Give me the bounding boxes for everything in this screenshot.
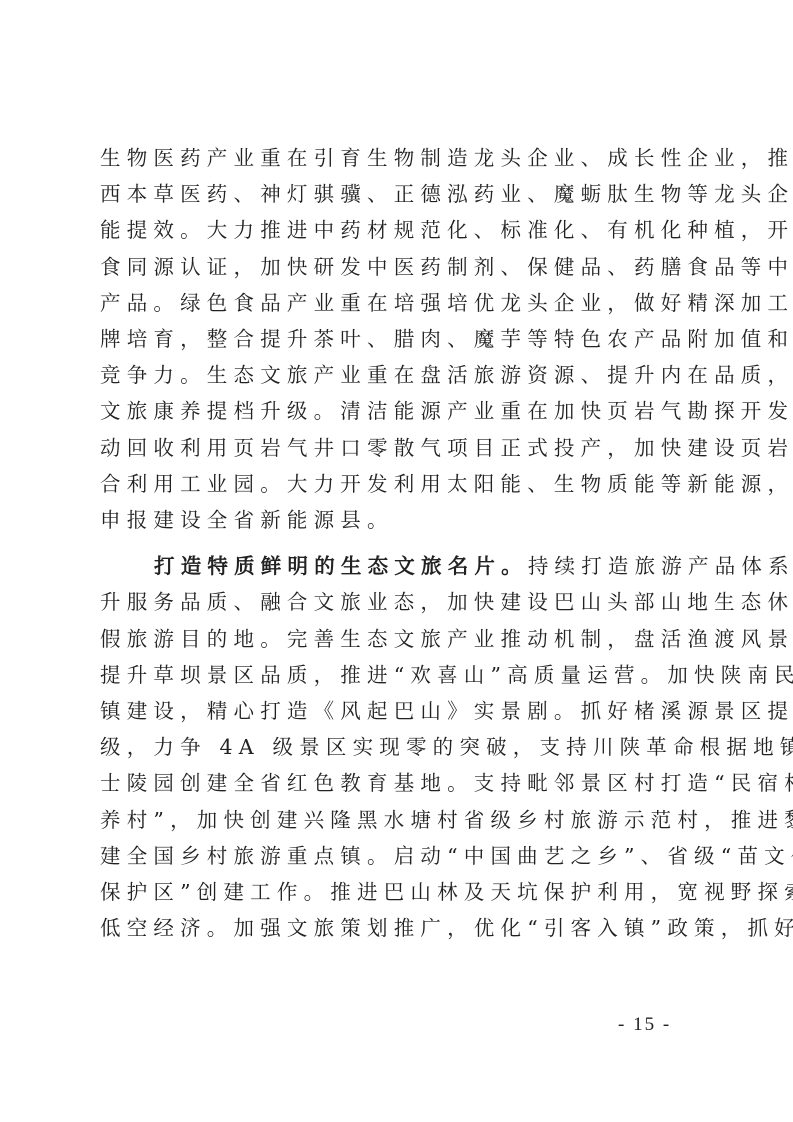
- text-line: 低空经济。加强文旅策划推广，优化“引客入镇”政策，抓好油菜: [100, 910, 694, 946]
- text-line: 申报建设全省新能源县。: [100, 502, 694, 538]
- text-line: 养村”，加快创建兴隆黑水塘村省级乡村旅游示范村，推进黎坝创: [100, 802, 694, 838]
- text-line: 西本草医药、神灯骐骥、正德泓药业、魔蛎肽生物等龙头企业扩: [100, 176, 694, 212]
- text-line: 牌培育，整合提升茶叶、腊肉、魔芋等特色农产品附加值和市场: [100, 321, 694, 357]
- paragraph-industries: 生物医药产业重在引育生物制造龙头企业、成长性企业，推动陕 西本草医药、神灯骐骥、…: [100, 140, 694, 538]
- text-line: 保护区”创建工作。推进巴山林及天坑保护利用，宽视野探索发展: [100, 874, 694, 910]
- text-line: 食同源认证，加快研发中医药制剂、保健品、药膳食品等中高端: [100, 249, 694, 285]
- text-line: 镇建设，精心打造《风起巴山》实景剧。抓好楮溪源景区提档升: [100, 693, 694, 729]
- text-line: 假旅游目的地。完善生态文旅产业推动机制，盘活渔渡风景区，: [100, 621, 694, 657]
- text-line: 文旅康养提档升级。清洁能源产业重在加快页岩气勘探开发，推: [100, 393, 694, 429]
- text-line: 动回收利用页岩气井口零散气项目正式投产，加快建设页岩气综: [100, 430, 694, 466]
- document-page: 生物医药产业重在引育生物制造龙头企业、成长性企业，推动陕 西本草医药、神灯骐骥、…: [0, 0, 793, 1122]
- text-line-first: 打造特质鲜明的生态文旅名片。持续打造旅游产品体系、提: [100, 548, 694, 584]
- text-line: 士陵园创建全省红色教育基地。支持毗邻景区村打造“民宿村”“康: [100, 765, 694, 801]
- paragraph-cultural-tourism: 打造特质鲜明的生态文旅名片。持续打造旅游产品体系、提 升服务品质、融合文旅业态，…: [100, 548, 694, 946]
- text-line: 竞争力。生态文旅产业重在盘活旅游资源、提升内在品质，推动: [100, 357, 694, 393]
- text-line: 产品。绿色食品产业重在培强培优龙头企业，做好精深加工和品: [100, 285, 694, 321]
- text-line: 建全国乡村旅游重点镇。启动“中国曲艺之乡”、省级“苗文化生态: [100, 838, 694, 874]
- text-line: 合利用工业园。大力开发利用太阳能、生物质能等新能源，积极: [100, 466, 694, 502]
- heading-continuation: 持续打造旅游产品体系、提: [528, 554, 793, 578]
- section-heading: 打造特质鲜明的生态文旅名片。: [154, 554, 528, 578]
- text-line: 级，力争 4A 级景区实现零的突破，支持川陕革命根据地镇巴烈: [100, 729, 694, 765]
- body-text: 生物医药产业重在引育生物制造龙头企业、成长性企业，推动陕 西本草医药、神灯骐骥、…: [100, 140, 694, 946]
- text-line: 升服务品质、融合文旅业态，加快建设巴山头部山地生态休闲度: [100, 584, 694, 620]
- text-line: 提升草坝景区品质，推进“欢喜山”高质量运营。加快陕南民歌小: [100, 657, 694, 693]
- text-line: 能提效。大力推进中药材规范化、标准化、有机化种植，开展药: [100, 212, 694, 248]
- text-line: 生物医药产业重在引育生物制造龙头企业、成长性企业，推动陕: [100, 140, 694, 176]
- paragraph-gap: [100, 538, 694, 548]
- page-number: - 15 -: [618, 1014, 671, 1036]
